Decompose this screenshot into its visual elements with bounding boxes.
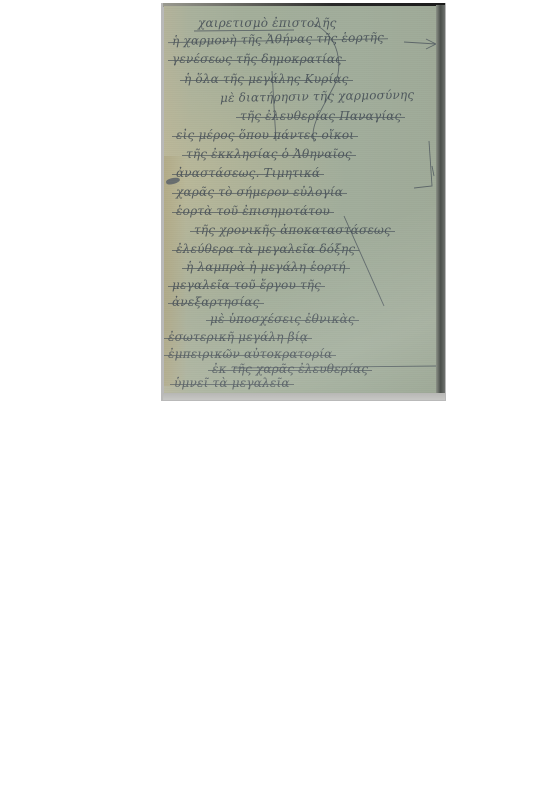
handwriting-line: χαιρετισμὸ ἐπιστολῆς	[198, 16, 337, 30]
handwriting-line: τῆς ἐλευθερίας Παναγίας	[240, 109, 401, 123]
handwriting-line: τῆς ἐκκλησίας ὁ Ἀθηναῖος	[186, 147, 352, 161]
handwriting-line: εἰς μέρος ὅπου πάντες οἴκοι	[176, 128, 354, 142]
handwriting-line: μεγαλεῖα τοῦ ἔργου τῆς	[172, 278, 321, 292]
handwriting-line: ἀνεξαρτησίας	[172, 295, 260, 309]
handwriting-line: μὲ διατήρησιν τῆς χαρμοσύνης	[220, 88, 414, 105]
handwriting-line: ἐμπειρικῶν αὐτοκρατορία	[168, 347, 332, 361]
handwriting-line: χαρᾶς τὸ σήμερον εὐλογία	[176, 185, 343, 199]
handwriting-line: τῆς χρονικῆς ἀποκαταστάσεως	[194, 223, 391, 237]
handwriting-line: μὲ ὑποσχέσεις ἐθνικὰς	[210, 312, 355, 326]
handwriting-line: ἐκ τῆς χαρᾶς ἐλευθερίας	[212, 362, 368, 376]
manuscript-page: χαιρετισμὸ ἐπιστολῆς ἡ χαρμονὴ τῆς Ἀθήνα…	[164, 6, 437, 393]
handwriting-line: ἡ ὅλα τῆς μεγάλης Κυρίας	[184, 72, 349, 86]
scan-bottom-edge	[163, 393, 445, 400]
handwriting-line: ἀναστάσεως. Τιμητικά	[176, 166, 320, 180]
handwriting-line: ἐσωτερικῆ μεγάλη βίᾳ	[168, 330, 308, 344]
handwriting-line: ἡ λαμπρὰ ἡ μεγάλη ἑορτή	[186, 260, 346, 274]
handwriting-line: ἐλεύθερα τὰ μεγαλεῖα δόξης	[176, 242, 355, 256]
handwriting-line: ὑμνεῖ τὰ μεγαλεῖα	[174, 376, 290, 390]
handwriting-line: ἡ χαρμονὴ τῆς Ἀθήνας τῆς ἑορτῆς	[172, 30, 384, 48]
handwriting-line: γενέσεως τῆς δημοκρατίας	[172, 52, 342, 66]
scan-right-edge-shadow	[436, 5, 445, 395]
handwriting-line: ἑορτὰ τοῦ ἐπισημοτάτου	[176, 204, 330, 218]
